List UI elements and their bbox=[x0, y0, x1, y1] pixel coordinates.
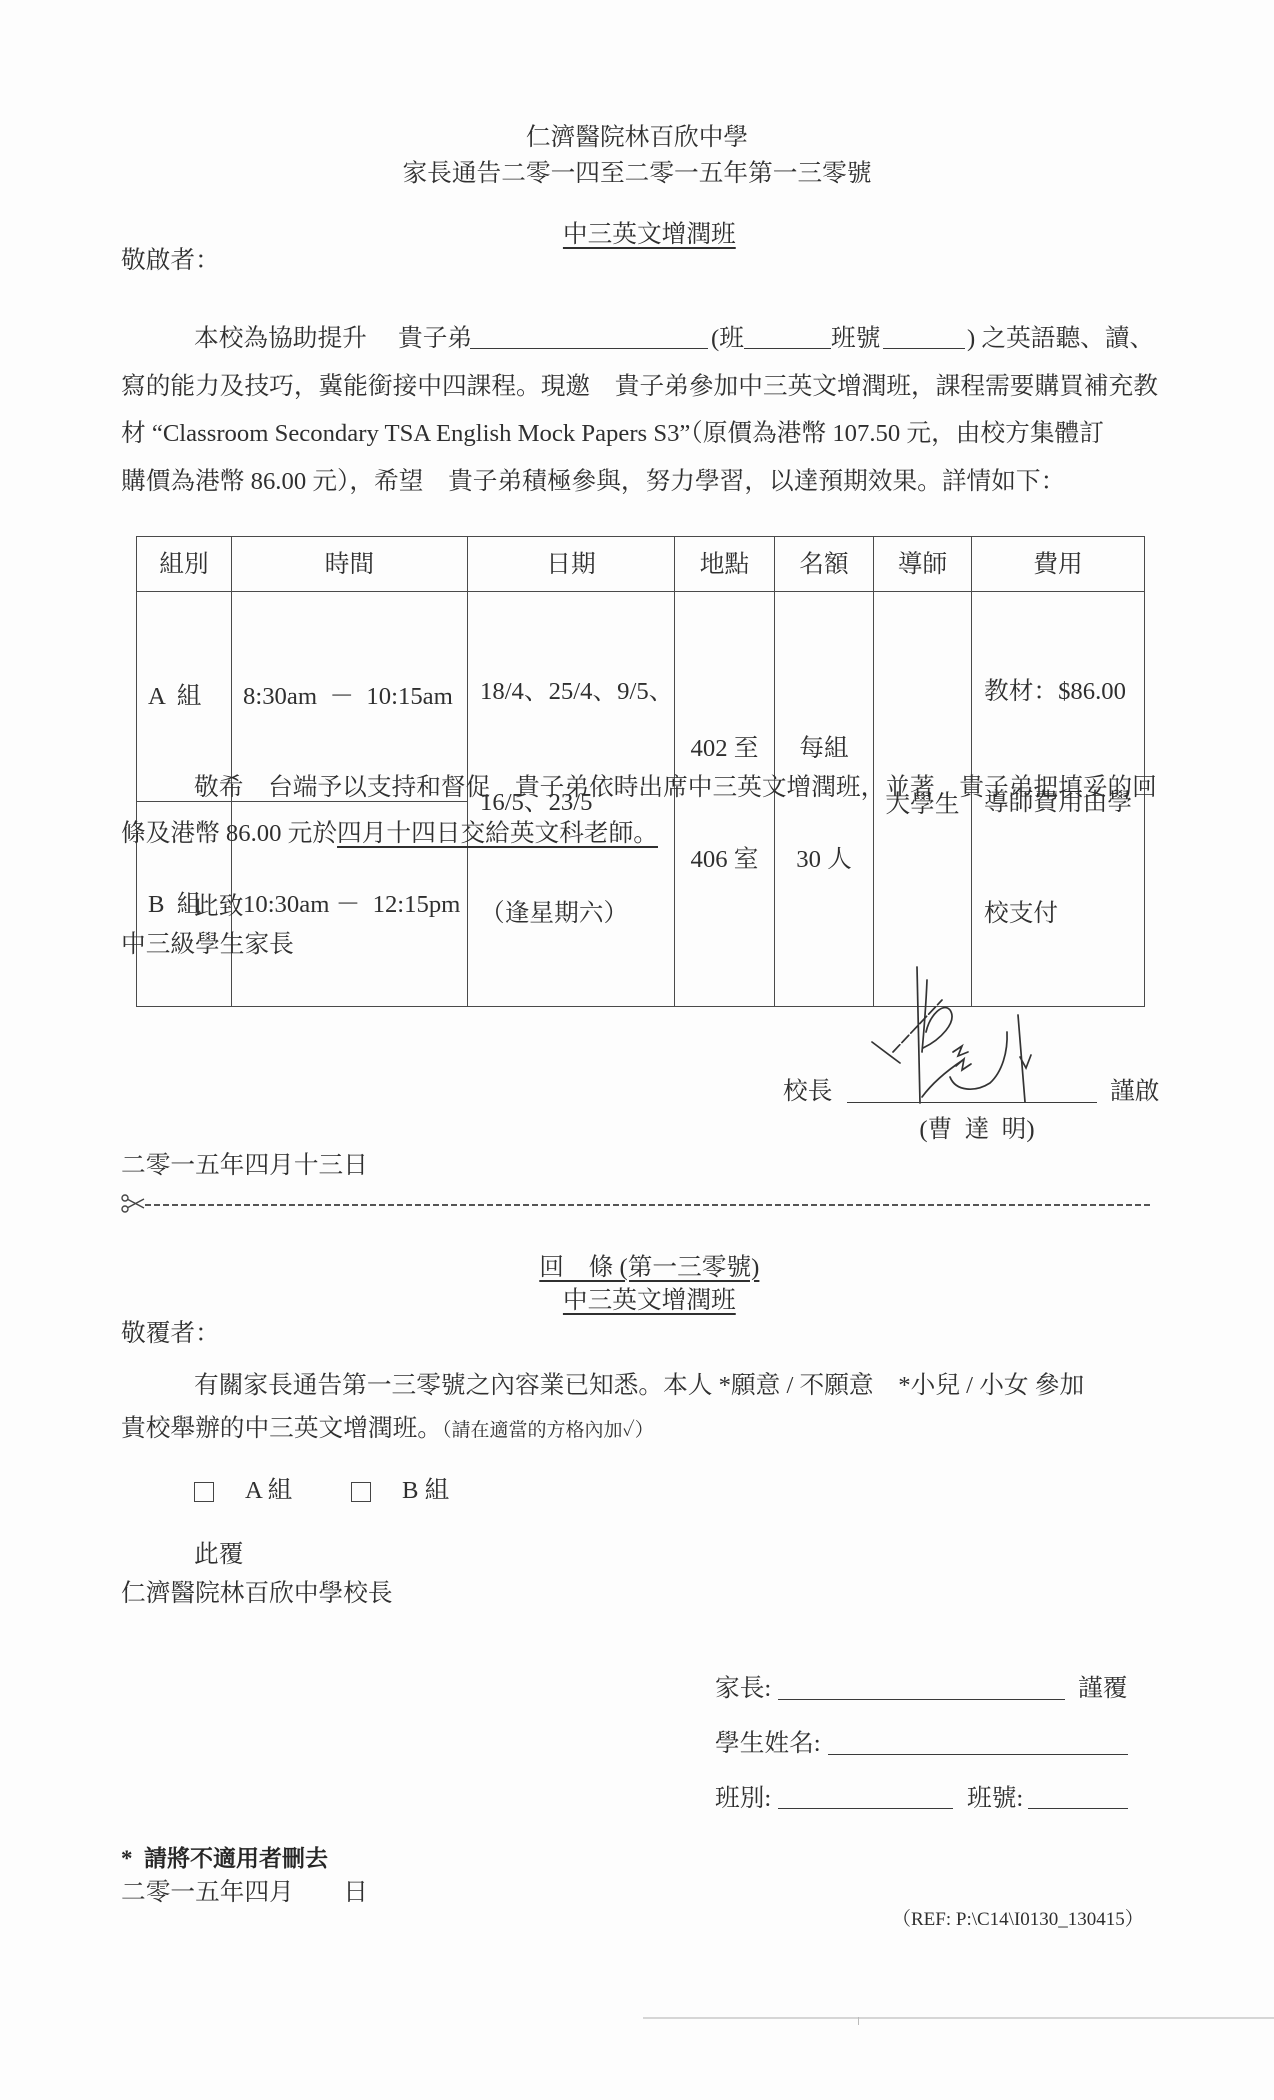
group-b-option-label: B 組 bbox=[402, 1479, 449, 1504]
class-blank bbox=[744, 348, 831, 349]
fee-line: 校支付 bbox=[984, 895, 1144, 932]
sign-off: 謹啟 bbox=[1110, 1080, 1159, 1105]
salutation: 敬啟者： bbox=[121, 249, 220, 274]
header-time: 時間 bbox=[232, 537, 468, 592]
quota-line: 30 人 bbox=[775, 841, 873, 878]
principal-name: (曹 達 明) bbox=[917, 1118, 1037, 1143]
notice-number: 家長通告二零一四至二零一五年第一三零號 bbox=[0, 162, 1274, 187]
parent-sign-off: 謹覆 bbox=[1078, 1677, 1127, 1702]
request-line-2: 條及港幣 86.00 元於四月十四日交給英文科老師。 bbox=[121, 822, 658, 847]
student-name-label: 學生姓名: bbox=[715, 1732, 821, 1757]
principal-role: 校長 bbox=[783, 1080, 832, 1105]
reply-body-line-2: 貴校舉辦的中三英文增潤班。（請在適當的方格內加✓） bbox=[121, 1417, 654, 1442]
parent-label: 家長: bbox=[715, 1677, 771, 1702]
header-venue: 地點 bbox=[675, 537, 775, 592]
addressee: 中三級學生家長 bbox=[121, 933, 294, 958]
header-date: 日期 bbox=[468, 537, 675, 592]
dates-line: 18/4、25/4、9/5、 bbox=[480, 673, 674, 710]
header-group: 組別 bbox=[137, 537, 232, 592]
reply-slip-subtitle: 中三英文增潤班 bbox=[563, 1287, 736, 1314]
quota-line: 每組 bbox=[775, 730, 873, 767]
intro-line-2: 寫的能力及技巧，冀能銜接中四課程。現邀 貴子弟參加中三英文增潤班，課程需要購買補… bbox=[121, 375, 1158, 400]
principal-signature bbox=[850, 960, 1050, 1110]
dates-line: （逢星期六） bbox=[480, 895, 674, 932]
intro-lead: 本校為協助提升 bbox=[194, 327, 367, 352]
table-row: A 組 8:30am － 10:15am 18/4、25/4、9/5、 16/5… bbox=[137, 592, 1145, 802]
group-a-option-label: A 組 bbox=[245, 1479, 292, 1504]
scissors-icon bbox=[121, 1194, 145, 1214]
deadline-text: 四月十四日交給英文科老師。 bbox=[337, 820, 658, 847]
reply-date: 二零一五年四月 日 bbox=[121, 1881, 368, 1906]
reply-body-line-1: 有關家長通告第一三零號之內容業已知悉。本人 *願意 / 不願意 *小兒 / 小女… bbox=[194, 1374, 1084, 1399]
signature-line bbox=[847, 1102, 1097, 1103]
group-a-time: 8:30am － 10:15am bbox=[232, 592, 468, 802]
group-a-checkbox bbox=[194, 1482, 214, 1502]
reply-salutation: 敬覆者： bbox=[121, 1322, 220, 1347]
closing-phrase: 此致 bbox=[194, 895, 243, 920]
reply-closing: 此覆 bbox=[194, 1543, 243, 1568]
parent-signature-blank bbox=[778, 1699, 1065, 1700]
venue-line: 406 室 bbox=[675, 841, 774, 878]
scan-artifact-line bbox=[643, 2017, 1274, 2019]
table-header-row: 組別 時間 日期 地點 名額 導師 費用 bbox=[137, 537, 1145, 592]
reply-body-text: 貴校舉辦的中三英文增潤班。 bbox=[121, 1415, 442, 1442]
student-name-field-blank bbox=[828, 1754, 1128, 1755]
class-number-field-blank bbox=[1028, 1808, 1128, 1809]
class-number-label: 班號 bbox=[831, 327, 880, 352]
reply-addressee: 仁濟醫院林百欣中學校長 bbox=[121, 1582, 393, 1607]
group-b-checkbox bbox=[351, 1482, 371, 1502]
request-lead: 條及港幣 86.00 元於 bbox=[121, 820, 337, 847]
cut-line bbox=[145, 1204, 1152, 1206]
intro-honorific: 貴子弟 bbox=[398, 327, 472, 352]
header-quota: 名額 bbox=[775, 537, 874, 592]
notice-title: 中三英文增潤班 bbox=[563, 221, 736, 248]
request-line-1: 敬希 台端予以支持和督促 貴子弟依時出席中三英文增潤班，並著 貴子弟把填妥的回 bbox=[194, 776, 1157, 801]
scan-artifact-tick bbox=[858, 2017, 859, 2025]
checkbox-instruction: （請在適當的方格內加✓） bbox=[442, 1420, 654, 1441]
class-number-field-label: 班號: bbox=[967, 1787, 1023, 1812]
header-tutor: 導師 bbox=[874, 537, 972, 592]
student-name-blank bbox=[470, 348, 708, 349]
footnote: * 請將不適用者刪去 bbox=[121, 1847, 328, 1870]
issue-date: 二零一五年四月十三日 bbox=[121, 1154, 368, 1179]
fee-line: 教材：$86.00 bbox=[984, 673, 1144, 710]
parent-notice-page: 仁濟醫院林百欣中學 家長通告二零一四至二零一五年第一三零號 中三英文增潤班 敬啟… bbox=[0, 0, 1274, 2100]
reference-code: （REF: P:\C14\I0130_130415） bbox=[892, 1910, 1144, 1929]
header-fee: 費用 bbox=[972, 537, 1145, 592]
class-label: 班別: bbox=[715, 1787, 771, 1812]
class-open-label: (班 bbox=[711, 327, 744, 352]
venue-line: 402 至 bbox=[675, 730, 774, 767]
intro-line-4: 購價為港幣 86.00 元），希望 貴子弟積極參與，努力學習，以達預期效果。詳情… bbox=[121, 470, 1065, 495]
intro-tail: ) 之英語聽、讀、 bbox=[967, 327, 1154, 352]
school-name: 仁濟醫院林百欣中學 bbox=[0, 126, 1274, 151]
class-field-blank bbox=[778, 1808, 953, 1809]
group-a-cell: A 組 bbox=[137, 592, 232, 802]
intro-line-3: 材 “Classroom Secondary TSA English Mock … bbox=[121, 422, 1104, 447]
class-number-blank bbox=[883, 348, 965, 349]
